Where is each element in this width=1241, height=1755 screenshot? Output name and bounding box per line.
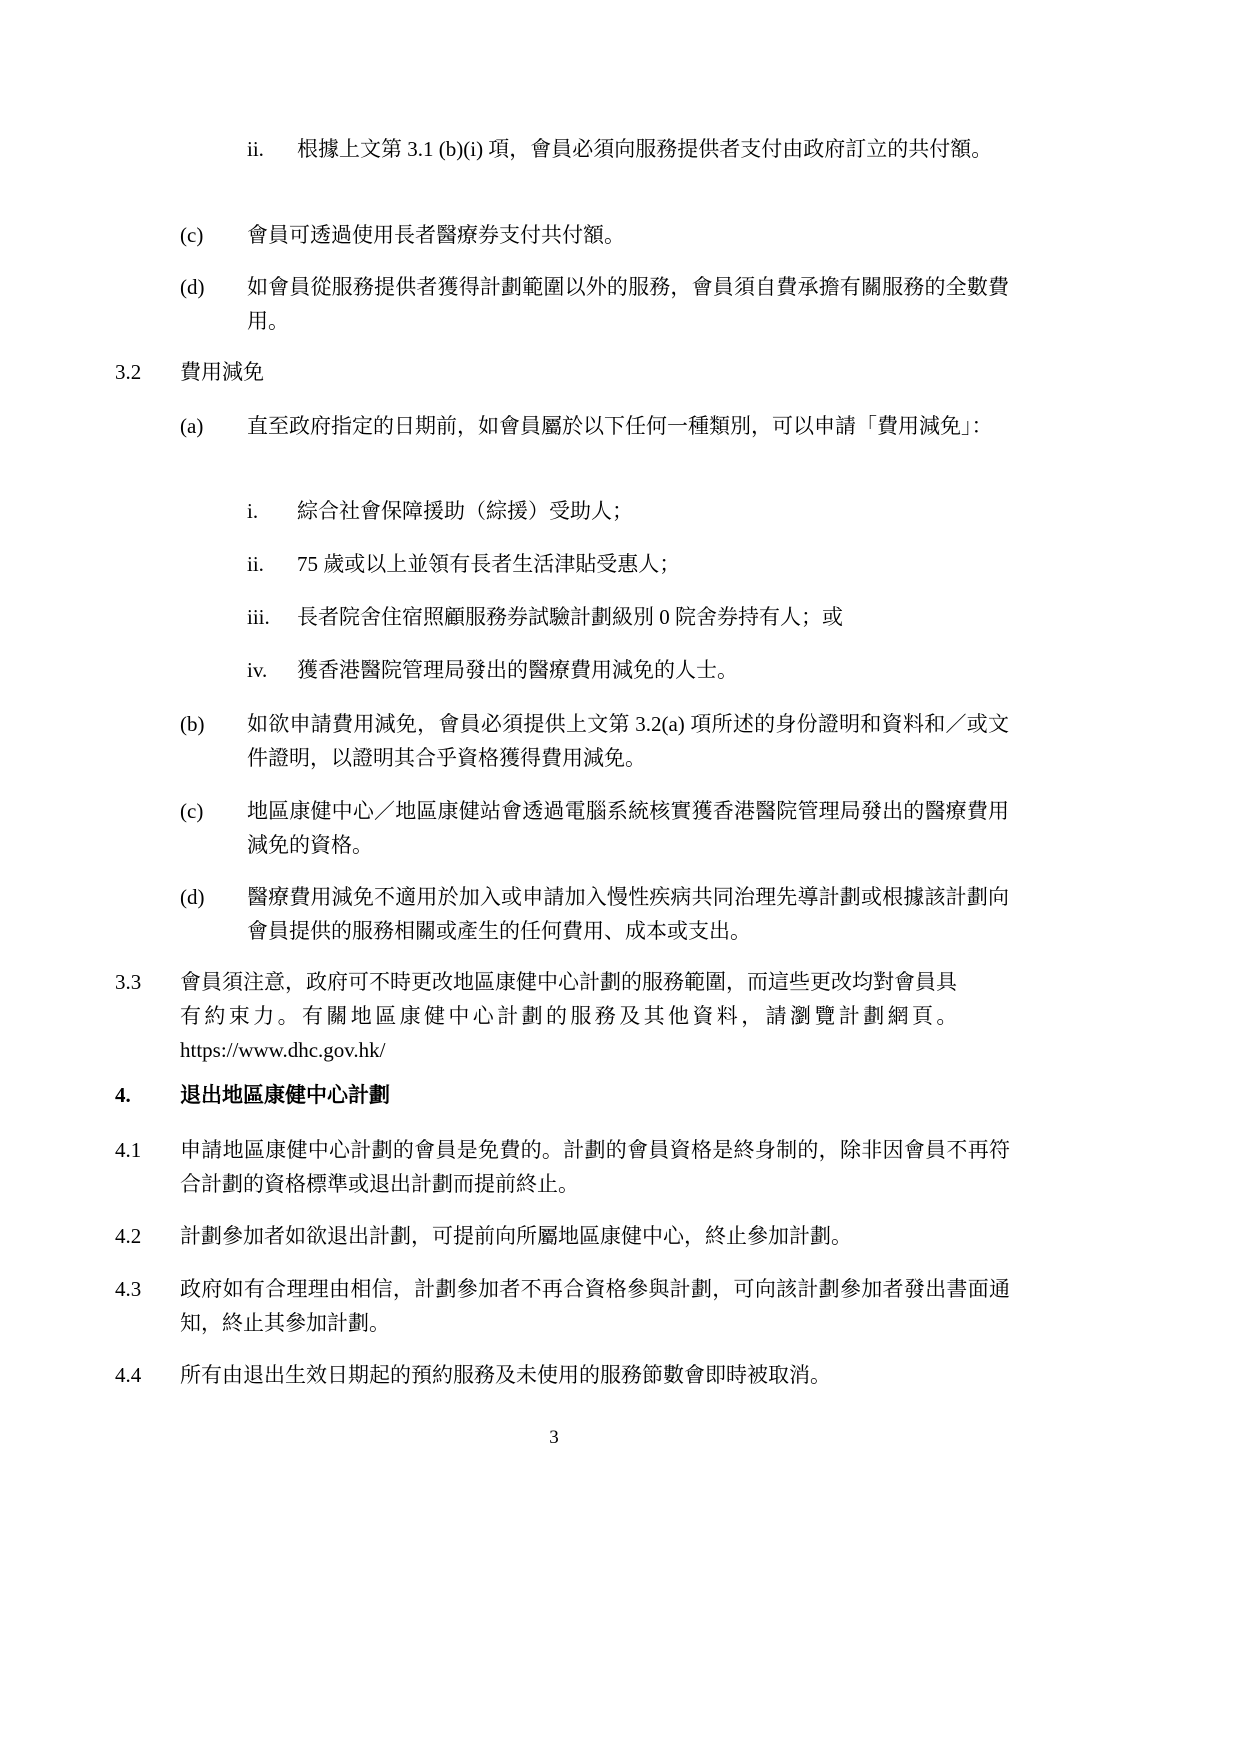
clause-text: 申請地區康健中心計劃的會員是免費的。計劃的會員資格是終身制的，除非因會員不再符合… xyxy=(180,1133,1010,1201)
section-title: 退出地區康健中心計劃 xyxy=(180,1078,1010,1112)
clause-label: (a) xyxy=(180,409,203,443)
clause-label: iii. xyxy=(247,600,270,634)
clause-text: 地區康健中心／地區康健站會透過電腦系統核實獲香港醫院管理局發出的醫療費用減免的資… xyxy=(247,794,1009,862)
clause-text-line: 會員須注意，政府可不時更改地區康健中心計劃的服務範圍，而這些更改均對會員具 xyxy=(180,965,1010,999)
clause-label: i. xyxy=(247,494,258,528)
clause-label: (c) xyxy=(180,218,203,252)
clause-text: 醫療費用減免不適用於加入或申請加入慢性疾病共同治理先導計劃或根據該計劃向會員提供… xyxy=(247,880,1009,948)
clause-text: 如會員從服務提供者獲得計劃範圍以外的服務，會員須自費承擔有關服務的全數費用。 xyxy=(247,270,1009,338)
clause-label: 4.4 xyxy=(115,1358,141,1392)
clause-label: 4.3 xyxy=(115,1272,141,1306)
clause-text: 綜合社會保障援助（綜援）受助人； xyxy=(297,494,1009,528)
clause-label: (c) xyxy=(180,794,203,828)
clause-text: 75 歲或以上並領有長者生活津貼受惠人； xyxy=(297,547,1009,581)
clause-label: 4.2 xyxy=(115,1219,141,1253)
clause-text: 政府如有合理理由相信，計劃參加者不再合資格參與計劃，可向該計劃參加者發出書面通知… xyxy=(180,1272,1010,1340)
clause-label: 4.1 xyxy=(115,1133,141,1167)
clause-text: 會員可透過使用長者醫療券支付共付額。 xyxy=(247,218,1009,252)
clause-text: 所有由退出生效日期起的預約服務及未使用的服務節數會即時被取消。 xyxy=(180,1358,1010,1392)
clause-label: ii. xyxy=(247,132,264,166)
clause-label: iv. xyxy=(247,653,267,687)
clause-text: 如欲申請費用減免，會員必須提供上文第 3.2(a) 項所述的身份證明和資料和／或… xyxy=(247,707,1009,775)
clause-label: (d) xyxy=(180,270,205,304)
clause-text: 獲香港醫院管理局發出的醫療費用減免的人士。 xyxy=(297,653,1009,687)
section-number: 4. xyxy=(115,1078,131,1112)
clause-text-line: 有約束力。有關地區康健中心計劃的服務及其他資料，請瀏覽計劃網頁。 xyxy=(180,999,1010,1033)
clause-label: ii. xyxy=(247,547,264,581)
clause-text: 會員須注意，政府可不時更改地區康健中心計劃的服務範圍，而這些更改均對會員具 有約… xyxy=(180,965,1010,1067)
clause-text: 計劃參加者如欲退出計劃，可提前向所屬地區康健中心，終止參加計劃。 xyxy=(180,1219,1010,1253)
clause-label: (d) xyxy=(180,880,205,914)
clause-text: 長者院舍住宿照顧服務券試驗計劃級別 0 院舍券持有人；或 xyxy=(297,600,1009,634)
website-link[interactable]: https://www.dhc.gov.hk/ xyxy=(180,1033,1010,1067)
clause-label: 3.3 xyxy=(115,965,141,999)
page-number: 3 xyxy=(0,1427,1108,1449)
section-number: 3.2 xyxy=(115,355,141,389)
clause-text: 根據上文第 3.1 (b)(i) 項，會員必須向服務提供者支付由政府訂立的共付額… xyxy=(297,132,1009,166)
section-title: 費用減免 xyxy=(180,355,1010,389)
clause-label: (b) xyxy=(180,707,205,741)
clause-text: 直至政府指定的日期前，如會員屬於以下任何一種類別，可以申請「費用減免」： xyxy=(247,409,1009,443)
